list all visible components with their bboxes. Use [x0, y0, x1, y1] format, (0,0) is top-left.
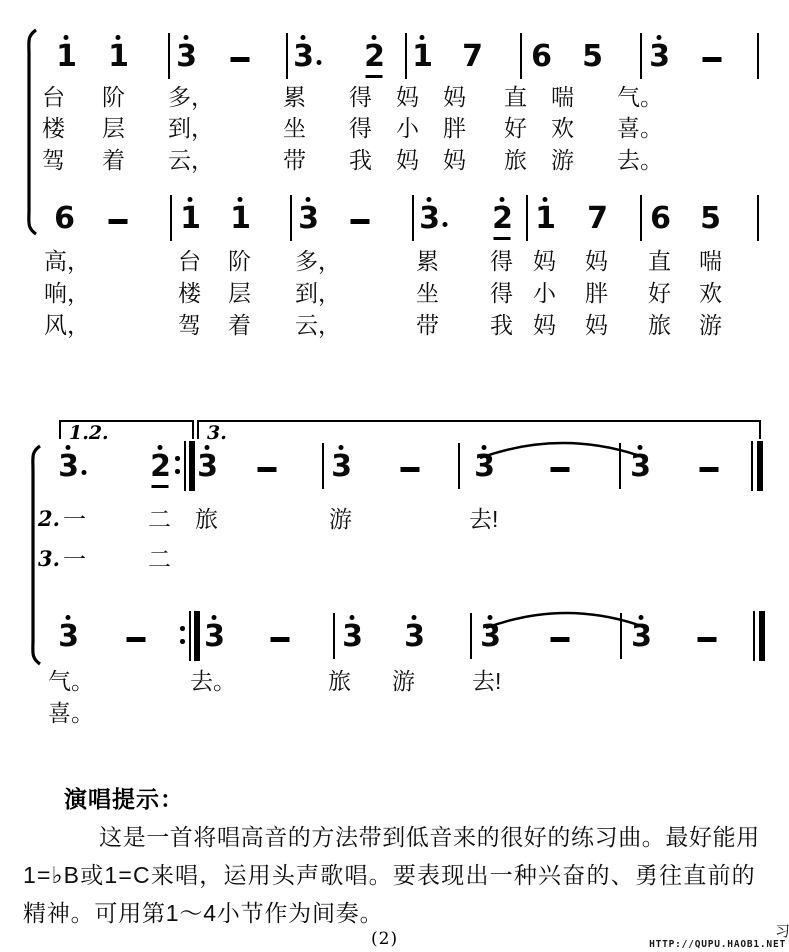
half-note-dash [271, 637, 290, 642]
lyric-row: 2.一二旅游去! [0, 506, 789, 536]
lyric-syllable: 欢 [551, 115, 574, 141]
lyric-syllable: 欢 [699, 280, 722, 306]
note-digit: 2 [364, 42, 384, 72]
note-digit: 3 [204, 622, 224, 652]
lyric-row: 高，台阶多，累得妈妈直喘 [0, 248, 789, 278]
octave-dot [427, 197, 432, 202]
lyric-syllable: 云， [295, 312, 341, 338]
note-row-voice2-ending: 333333 [0, 614, 789, 666]
half-note-dash [109, 219, 128, 224]
lyric-syllable: 楼 [42, 115, 65, 141]
lyric-syllable: 妈 [533, 312, 556, 338]
note-digit: 6 [54, 204, 74, 234]
note-digit: 3 [649, 42, 669, 72]
lyric-syllable: 得 [490, 248, 513, 274]
lyric-syllable: 旅 [648, 312, 671, 338]
lyric-syllable: 响， [44, 280, 90, 306]
lyric-syllable: 带 [283, 147, 306, 173]
lyric-syllable: 妈 [585, 248, 608, 274]
lyric-syllable: 小 [396, 115, 419, 141]
lyric-syllable: 喘 [551, 84, 574, 110]
lyric-syllable: 胖 [585, 280, 608, 306]
note-digit: 3 [404, 622, 424, 652]
lyric-syllable: 游 [329, 506, 352, 532]
tie-arc [484, 604, 649, 630]
half-note-dash [258, 467, 277, 472]
lyric-row: 台阶多，累得妈妈直喘气。 [0, 84, 789, 114]
lyric-syllable: 得 [349, 115, 372, 141]
repeat-thick-bar [194, 611, 200, 661]
octave-dot [306, 197, 311, 202]
page-number: (2) [371, 929, 398, 949]
lyric-syllable: 累 [283, 84, 306, 110]
lyric-syllable: 多， [295, 248, 341, 274]
note-digit: 3 [298, 204, 318, 234]
note-digit: 2 [492, 204, 512, 234]
volta-bracket: 1.2. [59, 420, 194, 439]
octave-dot [657, 35, 662, 40]
octave-dot [64, 35, 69, 40]
corner-character: 习 [775, 920, 789, 941]
note-digit: 1 [56, 42, 76, 72]
barline [757, 33, 759, 79]
lyric-syllable: 小 [533, 280, 556, 306]
octave-dot [212, 615, 217, 620]
final-thick-bar [757, 441, 763, 491]
note-digit: 5 [700, 204, 720, 234]
barline [290, 195, 292, 241]
augmentation-dot [82, 470, 87, 475]
octave-dot [350, 615, 355, 620]
lyric-syllable: 游 [392, 668, 415, 694]
note-digit: 3 [331, 452, 351, 482]
repeat-dot [175, 456, 180, 461]
octave-dot [184, 35, 189, 40]
lyric-syllable: 着 [228, 312, 251, 338]
lyric-syllable: 气。 [48, 668, 94, 694]
lyric-syllable: 多， [168, 84, 214, 110]
lyric-syllable: 好 [648, 280, 671, 306]
octave-dot [238, 197, 243, 202]
note-digit: 3 [342, 622, 362, 652]
repeat-dot [180, 639, 185, 644]
octave-dot [158, 445, 163, 450]
note-digit: 1 [535, 204, 555, 234]
lyric-syllable: 旅 [328, 668, 351, 694]
verse-number-label: 2. [38, 507, 60, 531]
eighth-underline [366, 75, 383, 78]
octave-dot [543, 197, 548, 202]
lyric-syllable: 去! [469, 506, 498, 532]
lyric-syllable: 楼 [178, 280, 201, 306]
lyric-syllable: 云， [168, 147, 214, 173]
volta-label: 3. [207, 423, 227, 443]
lyric-syllable: 妈 [443, 147, 466, 173]
barline [640, 33, 642, 79]
note-digit: 1 [412, 42, 432, 72]
lyric-syllable: 去。 [190, 668, 236, 694]
lyric-syllable: 驾 [42, 147, 65, 173]
barline [526, 195, 528, 241]
lyric-syllable: 一 [63, 506, 86, 532]
tie-arc [478, 434, 648, 460]
half-note-dash [698, 637, 717, 642]
performance-tips-heading: 演唱提示： [64, 781, 184, 814]
lyric-syllable: 坐 [416, 280, 439, 306]
lyric-syllable: 累 [416, 248, 439, 274]
augmentation-dot [443, 222, 448, 227]
barline [170, 195, 172, 241]
note-digit: 2 [150, 452, 170, 482]
note-row-voice1-ending: 323333 [0, 444, 789, 496]
half-note-dash [551, 467, 570, 472]
repeat-thick-bar [189, 441, 195, 491]
note-digit: 1 [180, 204, 200, 234]
note-digit: 7 [462, 42, 482, 72]
lyric-syllable: 层 [228, 280, 251, 306]
lyric-syllable: 游 [699, 312, 722, 338]
half-note-dash [231, 57, 250, 62]
note-digit: 7 [587, 204, 607, 234]
octave-dot [66, 445, 71, 450]
lyric-syllable: 我 [490, 312, 513, 338]
lyric-syllable: 我 [349, 147, 372, 173]
lyric-row: 响，楼层到，坐得小胖好欢 [0, 280, 789, 310]
lyric-syllable: 妈 [533, 248, 556, 274]
final-thin-bar [753, 611, 755, 661]
volta-label: 1.2. [69, 423, 109, 443]
lyric-syllable: 驾 [178, 312, 201, 338]
lyric-row: 风，驾着云，带我妈妈旅游 [0, 312, 789, 342]
barline [520, 33, 522, 79]
eighth-underline [494, 237, 511, 240]
lyric-syllable: 风， [44, 312, 90, 338]
lyric-syllable: 得 [349, 84, 372, 110]
repeat-dot [175, 469, 180, 474]
note-digit: 6 [650, 204, 670, 234]
barline [412, 195, 414, 241]
lyric-syllable: 一 [63, 546, 86, 572]
octave-dot [339, 445, 344, 450]
lyric-syllable: 层 [102, 115, 125, 141]
lyric-syllable: 气。 [617, 84, 663, 110]
note-digit: 3 [419, 204, 439, 234]
lyric-syllable: 到， [295, 280, 341, 306]
octave-dot [412, 615, 417, 620]
half-note-dash [703, 57, 722, 62]
lyric-syllable: 得 [490, 280, 513, 306]
final-thin-bar [751, 441, 753, 491]
note-digit: 3 [58, 622, 78, 652]
barline [168, 33, 170, 79]
lyric-row: 喜。 [0, 700, 789, 730]
lyric-syllable: 去! [472, 668, 501, 694]
barline [640, 195, 642, 241]
lyric-syllable: 二 [148, 546, 171, 572]
lyric-syllable: 胖 [443, 115, 466, 141]
lyric-row: 3.一二 [0, 546, 789, 576]
octave-dot [301, 35, 306, 40]
repeat-thin-bar [189, 611, 191, 661]
barline [286, 33, 288, 79]
half-note-dash [700, 467, 719, 472]
half-note-dash [127, 637, 146, 642]
lyric-syllable: 好 [504, 115, 527, 141]
performance-tips-line-1: 这是一首将唱高音的方法带到低音来的很好的练习曲。最好能用 [99, 819, 760, 852]
lyric-syllable: 高， [44, 248, 90, 274]
lyric-syllable: 坐 [283, 115, 306, 141]
note-row-voice1-lines-5-8: 1133217653 [0, 34, 789, 86]
barline [405, 33, 407, 79]
lyric-syllable: 直 [648, 248, 671, 274]
performance-tips-line-2: 1=♭B或1=C来唱，运用头声歌唱。要表现出一种兴奋的、勇往直前的 [23, 857, 756, 890]
octave-dot [372, 35, 377, 40]
lyric-syllable: 带 [416, 312, 439, 338]
lyric-syllable: 喜。 [48, 700, 94, 726]
final-thick-bar [759, 611, 765, 661]
lyric-syllable: 喜。 [617, 115, 663, 141]
lyric-syllable: 阶 [102, 84, 125, 110]
octave-dot [500, 197, 505, 202]
lyric-syllable: 妈 [585, 312, 608, 338]
lyric-syllable: 台 [42, 84, 65, 110]
note-digit: 3 [176, 42, 196, 72]
repeat-dot [180, 626, 185, 631]
note-digit: 3 [58, 452, 78, 482]
note-digit: 1 [230, 204, 250, 234]
lyric-row: 楼层到，坐得小胖好欢喜。 [0, 115, 789, 145]
note-digit: 6 [531, 42, 551, 72]
performance-tips-line-3: 精神。可用第1～4小节作为间奏。 [23, 895, 383, 928]
note-row-voice2-lines-5-8: 6113321765 [0, 196, 789, 248]
lyric-syllable: 去。 [617, 147, 663, 173]
score-sheet: 1.2.3.1133217653台阶多，累得妈妈直喘气。楼层到，坐得小胖好欢喜。… [0, 0, 789, 952]
lyric-row: 气。去。旅游去! [0, 668, 789, 698]
augmentation-dot [317, 60, 322, 65]
verse-number-label: 3. [38, 547, 60, 571]
lyric-syllable: 妈 [396, 147, 419, 173]
octave-dot [66, 615, 71, 620]
half-note-dash [551, 637, 570, 642]
octave-dot [420, 35, 425, 40]
lyric-syllable: 妈 [396, 84, 419, 110]
note-digit: 3 [197, 452, 217, 482]
barline [322, 443, 324, 489]
eighth-underline [152, 485, 169, 488]
note-digit: 1 [108, 42, 128, 72]
barline [458, 443, 460, 489]
half-note-dash [351, 219, 370, 224]
lyric-row: 驾着云，带我妈妈旅游去。 [0, 147, 789, 177]
lyric-syllable: 妈 [443, 84, 466, 110]
note-digit: 5 [582, 42, 602, 72]
lyric-syllable: 着 [102, 147, 125, 173]
lyric-syllable: 旅 [195, 506, 218, 532]
lyric-syllable: 直 [504, 84, 527, 110]
half-note-dash [401, 467, 420, 472]
barline [470, 613, 472, 659]
repeat-thin-bar [184, 441, 186, 491]
lyric-syllable: 旅 [504, 147, 527, 173]
octave-dot [188, 197, 193, 202]
lyric-syllable: 二 [148, 506, 171, 532]
lyric-syllable: 到， [168, 115, 214, 141]
barline [757, 195, 759, 241]
lyric-syllable: 喘 [699, 248, 722, 274]
lyric-syllable: 游 [551, 147, 574, 173]
octave-dot [205, 445, 210, 450]
lyric-syllable: 阶 [228, 248, 251, 274]
lyric-syllable: 台 [178, 248, 201, 274]
note-digit: 3 [293, 42, 313, 72]
octave-dot [116, 35, 121, 40]
watermark-url: HTTP://QUPU.HAOB1.NET [649, 939, 786, 950]
barline [333, 613, 335, 659]
